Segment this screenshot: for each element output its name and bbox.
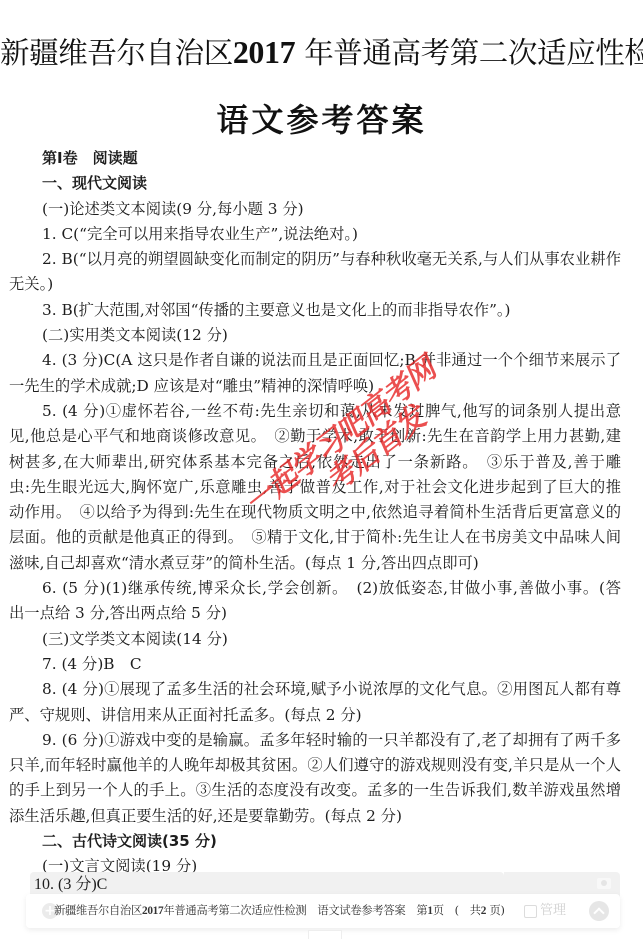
footer-desc: 年普通高考第二次适应性检测 语文试卷参考答案 第	[163, 904, 427, 917]
section-heading: 一、现代文阅读	[9, 171, 621, 196]
answer-line: 4. (3 分)C(A 这只是作者自谦的说法而且是正面回忆;B 并非通过一个个细…	[9, 348, 621, 373]
answer-line: 出一点给 3 分,答出两点给 5 分)	[9, 601, 621, 626]
answer-line: 的手上到另一个人的手上。③生活的态度没有改变。孟多的一生告诉我们,数羊游戏虽然增	[9, 778, 621, 803]
page-footer: 新疆维吾尔自治区2017年普通高考第二次适应性检测 语文试卷参考答案 第1页 (…	[54, 903, 505, 919]
page-indicator	[308, 930, 342, 939]
manage-icon[interactable]	[524, 905, 537, 918]
manage-button[interactable]: 管理	[540, 903, 566, 919]
answer-line: 5. (4 分)①虚怀若谷,一丝不苟:先生亲切和蔼,从未发过脾气,他写的词条别人…	[9, 399, 621, 424]
answer-line: 3. B(扩大范围,对邻国“传播的主要意义也是文化上的而非指导农作”。)	[9, 298, 621, 323]
answer-line: 严、守规则、讲信用来从正面衬托孟多。(每点 2 分)	[9, 703, 621, 728]
footer-page-suffix: 页 ( 共	[433, 904, 481, 917]
answer-line: 树甚多,在大师辈出,研究体系基本完备之后,依然走出了一条新路。 ③乐于普及,善于…	[9, 450, 621, 475]
answer-line: 6. (5 分)(1)继承传统,博采众长,学会创新。 (2)放低姿态,甘做小事,…	[9, 576, 621, 601]
document-title: 新疆维吾尔自治区2017 年普通高考第二次适应性检测	[0, 30, 643, 72]
title-year: 2017	[233, 34, 295, 70]
title-region: 新疆维吾尔自治区	[0, 36, 233, 70]
document-subtitle: 语文参考答案	[0, 95, 643, 141]
answer-line: (一)论述类文本阅读(9 分,每小题 3 分)	[9, 197, 621, 222]
answer-line: 无关。)	[9, 272, 621, 297]
answer-line: 添生活乐趣,但真正要生活的好,还是要靠勤劳。(每点 2 分)	[9, 804, 621, 829]
answer-body: 第Ⅰ卷 阅读题一、现代文阅读(一)论述类文本阅读(9 分,每小题 3 分)1. …	[9, 146, 621, 880]
answer-line: 9. (6 分)①游戏中变的是输赢。孟多年轻时输的一只羊都没有了,老了却拥有了两…	[9, 728, 621, 753]
bottom-toolbar: + 新疆维吾尔自治区2017年普通高考第二次适应性检测 语文试卷参考答案 第1页…	[26, 894, 620, 928]
title-exam: 年普通高考第二次适应性检测	[304, 36, 643, 70]
answer-line: 1. C(“完全可以用来指导农业生产”,说法绝对。)	[9, 222, 621, 247]
answer-line: (三)文学类文本阅读(14 分)	[9, 627, 621, 652]
camera-icon[interactable]	[597, 878, 611, 889]
answer-line: 虫:先生眼光远大,胸怀宽广,乐意雕虫,善于做普及工作,对于社会文化进步起到了巨大…	[9, 475, 621, 500]
footer-region: 新疆维吾尔自治区	[54, 904, 142, 917]
answer-line: 动作用。 ④以给予为得到:先生在现代物质文明之中,依然追寻着简朴生活背后更富意义…	[9, 500, 621, 525]
answer-line: 8. (4 分)①展现了孟多生活的社会环境,赋予小说浓厚的文化气息。②用图瓦人都…	[9, 677, 621, 702]
footer-year: 2017	[142, 905, 163, 917]
answer-line: 7. (4 分)B C	[9, 652, 621, 677]
chevron-up-icon[interactable]	[589, 901, 609, 921]
answer-line: 见,他总是心平气和地商谈修改意见。 ②勤于学术,敢于创新:先生在音韵学上用力甚勤…	[9, 424, 621, 449]
section-heading: 二、古代诗文阅读(35 分)	[9, 829, 621, 854]
section-heading: 第Ⅰ卷 阅读题	[9, 146, 621, 171]
answer-line: 只羊,而年轻时赢他羊的人晚年却极其贫困。②人们遵守的游戏规则没有变,羊只是从一个…	[9, 753, 621, 778]
answer-line: 层面。他的贡献是他真正的得到。 ⑤精于文化,甘于简朴:先生让人在书房美文中品味人…	[9, 525, 621, 550]
answer-line: 滋味,自己却喜欢“清水煮豆芽”的简朴生活。(每点 1 分,答出四点即可)	[9, 551, 621, 576]
answer-line: 2. B(“以月亮的朔望圆缺变化而制定的阴历”与春种秋收毫无关系,与人们从事农业…	[9, 247, 621, 272]
answer-line: 一先生的学术成就;D 应该是对“雕虫”精神的深情呼唤)	[9, 374, 621, 399]
footer-end: 页)	[486, 904, 504, 917]
answer-line: (二)实用类文本阅读(12 分)	[9, 323, 621, 348]
